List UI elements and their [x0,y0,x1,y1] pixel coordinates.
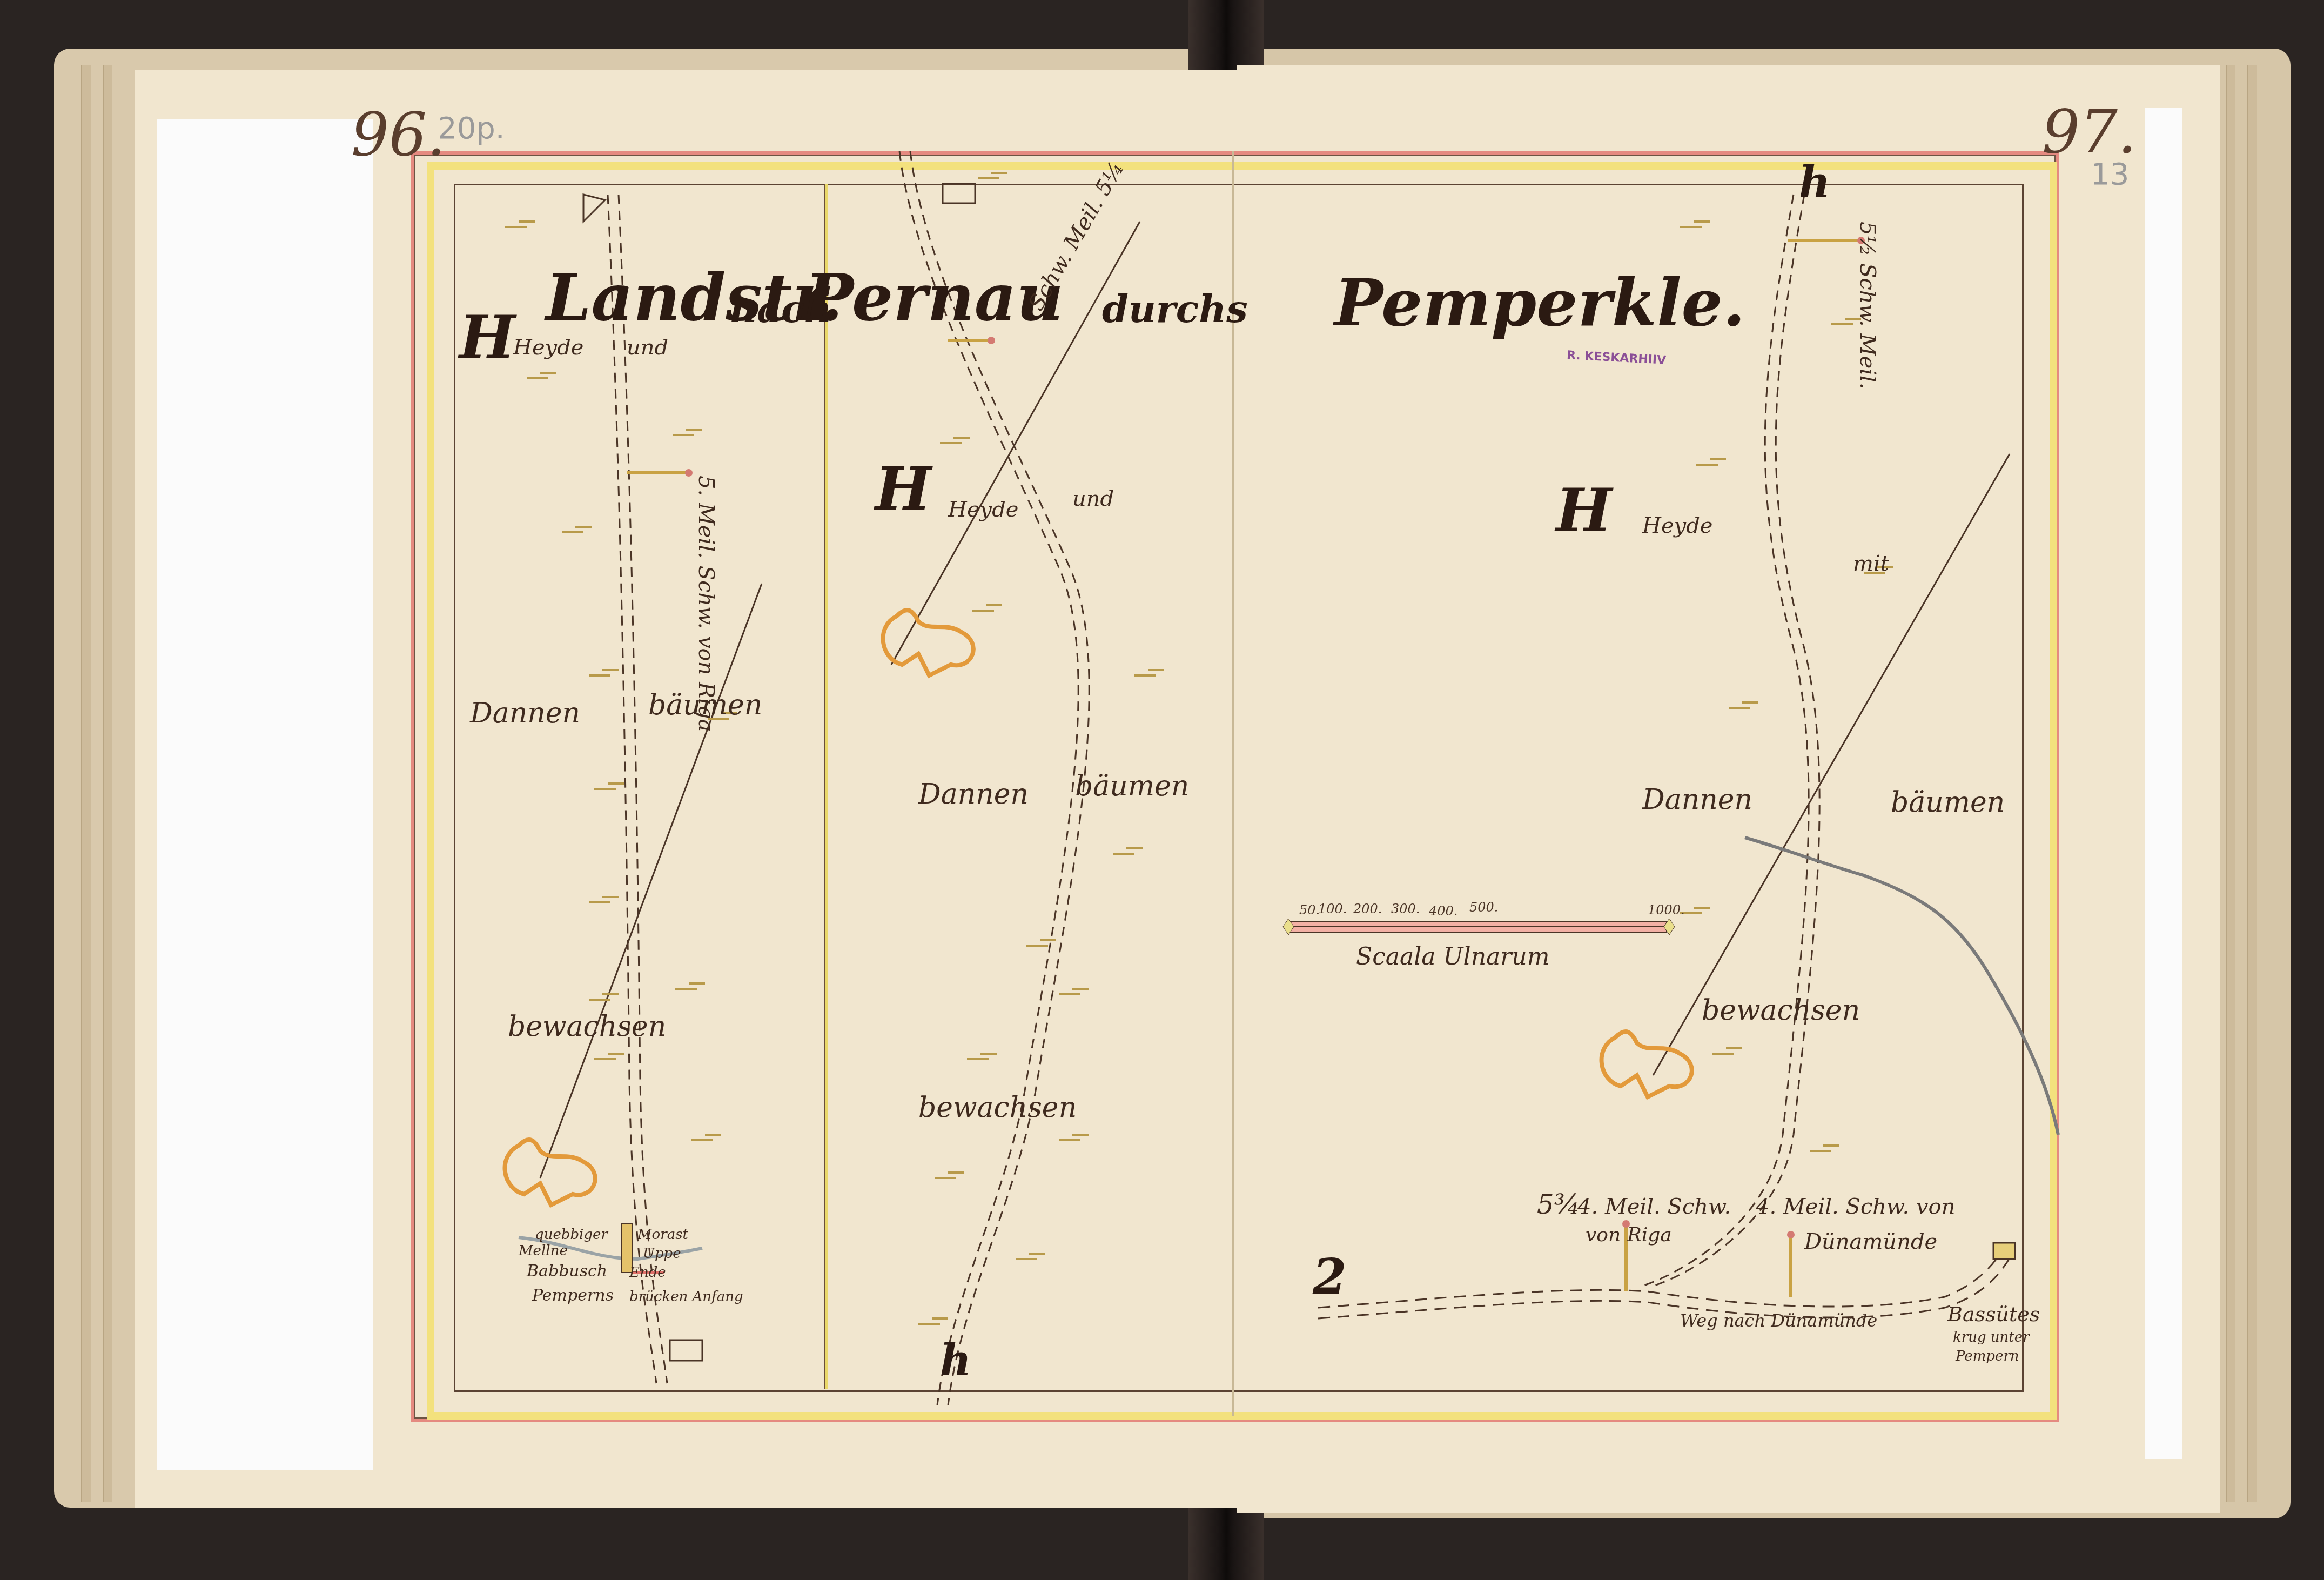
blockhouse-icons [583,184,2015,1361]
milestone-tips [685,237,1865,1238]
label-baeumen-3: bäumen [1891,786,2005,819]
scale-label: Scaala Ulnarum [1356,943,1549,970]
scale-tick-400: 400. [1429,903,1457,919]
label-milestone-duna-2: Dünamünde [1804,1229,1937,1254]
scale-bar [1283,919,1675,935]
title-durchs: durchs [1102,286,1248,331]
label-baeumen-2: bäumen [1075,770,1189,802]
label-pemperns: Pemperns [532,1286,614,1305]
label-mit: mit [1853,551,1889,576]
tree-marks [505,173,1893,1324]
label-dannen-2: Dannen [918,778,1029,811]
hook-mark-3: h [1799,157,1830,207]
label-und-2: und [1072,486,1114,511]
label-milestone-riga-number: 5¾ [1537,1189,1580,1220]
heath-initial-2: H [875,454,931,524]
label-uppe: Uppe [643,1246,681,1262]
label-milestone-rotated: 5. Meil. Schw. von Riga [694,476,718,732]
label-dannen-3: Dannen [1642,784,1752,816]
river [1745,838,2058,1135]
label-blockhouse-3: Pempern [1956,1348,2019,1364]
label-mellne: Mellne [519,1243,568,1259]
heath-initial-3: H [1556,476,1612,545]
label-brucken-anfang: brücken Anfang [629,1289,743,1305]
label-heath: Heyde [513,335,583,360]
road-strip-3 [1642,195,1819,1286]
milestone-markers [627,240,1858,1297]
corner-mark: 2 [1313,1248,1347,1305]
scale-tick-100: 100. [1318,901,1347,916]
heath-initial: H [459,303,515,372]
scale-tick-200: 200. [1353,901,1382,916]
hook-mark-2: h [940,1335,971,1385]
label-blockhouse-2: krug unter [1953,1329,2030,1345]
label-babbusch: Babbusch [527,1262,607,1281]
label-blockhouse-1: Bassütes [1947,1302,2040,1326]
label-bewachsen: bewachsen [508,1010,666,1043]
label-morast: Morast [637,1227,688,1243]
scale-tick-500: 500. [1469,900,1498,915]
label-quebbiger: quebbiger [535,1227,608,1243]
label-heath-3: Heyde [1642,513,1712,538]
scale-tick-1000: 1000. [1648,902,1685,918]
label-milestone-riga-2: von Riga [1586,1224,1672,1246]
scale-tick-50: 50. [1299,902,1320,918]
label-milestone-rotated-3: 5½ Schw. Meil. [1855,222,1880,389]
title-pernau: Pernau [805,259,1064,336]
label-dannen: Dannen [470,697,580,729]
label-heath-2: Heyde [948,497,1018,522]
scale-tick-300: 300. [1391,901,1420,916]
label-milestone-riga-1: 4. Meil. Schw. [1577,1194,1731,1219]
label-und: und [627,335,668,360]
label-ende: Ende [629,1264,666,1281]
road-strip-1 [608,195,667,1383]
label-bewachsen-2: bewachsen [918,1092,1077,1124]
label-weg-nach-dunamunde: Weg nach Dünamünde [1680,1310,1877,1331]
title-pemperkle: Pemperkle. [1334,265,1745,341]
label-milestone-duna-1: 4. Meil. Schw. von [1756,1194,1955,1219]
label-bewachsen-3: bewachsen [1702,994,1860,1027]
